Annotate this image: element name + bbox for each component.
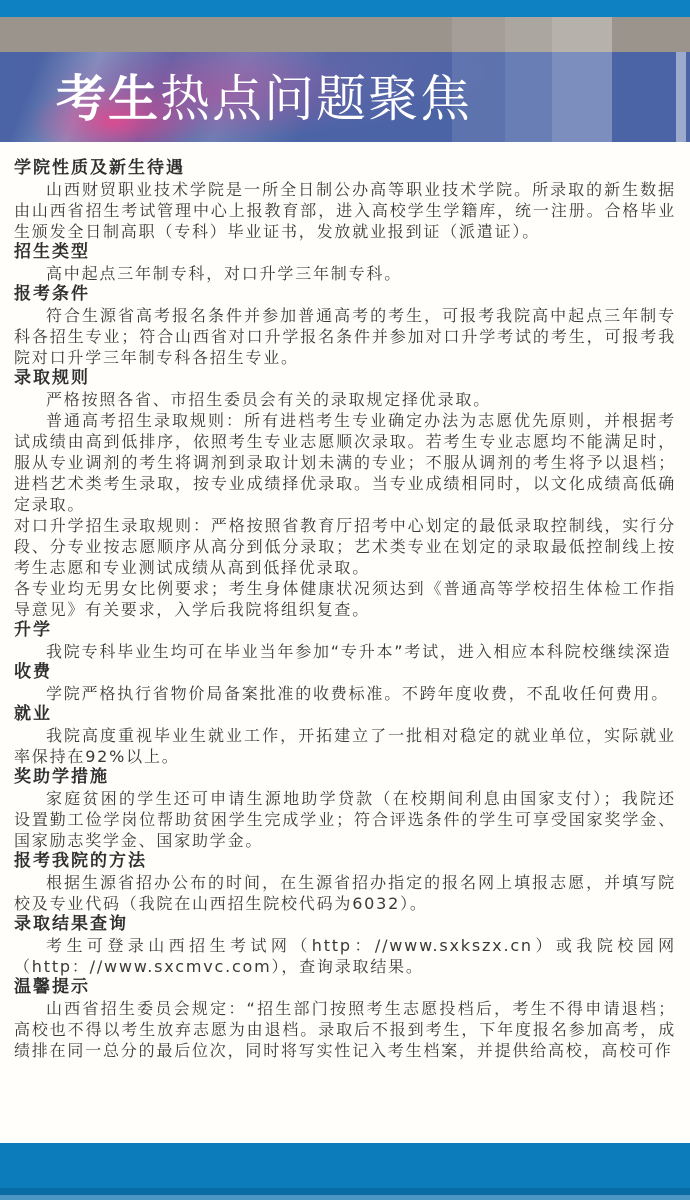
- section-friendly-reminder: 温馨提示 山西省招生委员会规定：“招生部门按照考生志愿投档后，考生不得申请退档；…: [14, 977, 676, 1061]
- section-paragraph: 普通高考招生录取规则：所有进档考生专业确定办法为志愿优先原则，并根据考试成绩由高…: [14, 410, 676, 515]
- section-heading: 报考我院的方法: [14, 851, 676, 872]
- section-heading: 招生类型: [14, 242, 676, 263]
- section-paragraph: 各专业均无男女比例要求；考生身体健康状况须达到《普通高等学校招生体检工作指导意见…: [14, 578, 676, 620]
- section-admission-result-query: 录取结果查询 考生可登录山西招生考试网（http：//www.sxkszx.cn…: [14, 914, 676, 977]
- section-heading: 报考条件: [14, 284, 676, 305]
- section-paragraph: 考生可登录山西招生考试网（http：//www.sxkszx.cn）或我院校园网…: [14, 935, 676, 977]
- section-heading: 录取结果查询: [14, 914, 676, 935]
- content-area: 学院性质及新生待遇 山西财贸职业技术学院是一所全日制公办高等职业技术学院。所录取…: [0, 142, 690, 1061]
- gray-band: [0, 17, 690, 52]
- section-tuition-fees: 收费 学院严格执行省物价局备案批准的收费标准。不跨年度收费，不乱收任何费用。: [14, 662, 676, 704]
- section-application-requirements: 报考条件 符合生源省高考报名条件并参加普通高考的考生，可报考我院高中起点三年制专…: [14, 284, 676, 368]
- section-paragraph: 严格按照各省、市招生委员会有关的录取规定择优录取。: [14, 389, 676, 410]
- section-paragraph: 根据生源省招办公布的时间，在生源省招办指定的报名网上填报志愿，并填写院校及专业代…: [14, 872, 676, 914]
- section-paragraph: 山西省招生委员会规定：“招生部门按照考生志愿投档后，考生不得申请退档；高校也不得…: [14, 998, 676, 1061]
- footer-main-strip: [0, 1143, 690, 1188]
- section-further-education: 升学 我院专科毕业生均可在毕业当年参加“专升本”考试，进入相应本科院校继续深造: [14, 620, 676, 662]
- section-paragraph: 家庭贫困的学生还可申请生源地助学贷款（在校期间利息由国家支付）；我院还设置勤工俭…: [14, 788, 676, 851]
- section-paragraph: 高中起点三年制专科，对口升学三年制专科。: [14, 263, 676, 284]
- section-heading: 就业: [14, 704, 676, 725]
- section-heading: 奖助学措施: [14, 767, 676, 788]
- section-how-to-apply: 报考我院的方法 根据生源省招办公布的时间，在生源省招办指定的报名网上填报志愿，并…: [14, 851, 676, 914]
- section-heading: 学院性质及新生待遇: [14, 158, 676, 179]
- section-paragraph: 我院高度重视毕业生就业工作，开拓建立了一批相对稳定的就业单位，实际就业率保持在9…: [14, 725, 676, 767]
- banner-title-emphasis: 考生: [56, 70, 160, 128]
- section-admission-rules: 录取规则 严格按照各省、市招生委员会有关的录取规定择优录取。 普通高考招生录取规…: [14, 368, 676, 620]
- section-school-nature-and-freshman-treatment: 学院性质及新生待遇 山西财贸职业技术学院是一所全日制公办高等职业技术学院。所录取…: [14, 158, 676, 242]
- section-employment: 就业 我院高度重视毕业生就业工作，开拓建立了一批相对稳定的就业单位，实际就业率保…: [14, 704, 676, 767]
- section-paragraph: 山西财贸职业技术学院是一所全日制公办高等职业技术学院。所录取的新生数据由山西省招…: [14, 179, 676, 242]
- poster-page: 考生热点问题聚焦 学院性质及新生待遇 山西财贸职业技术学院是一所全日制公办高等职…: [0, 0, 690, 1200]
- section-heading: 录取规则: [14, 368, 676, 389]
- section-heading: 温馨提示: [14, 977, 676, 998]
- section-paragraph: 学院严格执行省物价局备案批准的收费标准。不跨年度收费，不乱收任何费用。: [14, 683, 676, 704]
- section-enrollment-types: 招生类型 高中起点三年制专科，对口升学三年制专科。: [14, 242, 676, 284]
- top-blue-bar: [0, 0, 690, 17]
- section-paragraph: 对口升学招生录取规则：严格按照省教育厅招考中心划定的最低录取控制线，实行分段、分…: [14, 515, 676, 578]
- section-heading: 收费: [14, 662, 676, 683]
- footer-band: [0, 1143, 690, 1200]
- footer-light-strip: [0, 1195, 690, 1200]
- header-banner: 考生热点问题聚焦: [0, 52, 690, 142]
- banner-title-rest: 热点问题聚焦: [160, 70, 472, 128]
- section-heading: 升学: [14, 620, 676, 641]
- section-financial-aid: 奖助学措施 家庭贫困的学生还可申请生源地助学贷款（在校期间利息由国家支付）；我院…: [14, 767, 676, 851]
- section-paragraph: 我院专科毕业生均可在毕业当年参加“专升本”考试，进入相应本科院校继续深造: [14, 641, 676, 662]
- banner-title: 考生热点问题聚焦: [56, 52, 472, 142]
- footer-dark-strip: [0, 1188, 690, 1195]
- section-paragraph: 符合生源省高考报名条件并参加普通高考的考生，可报考我院高中起点三年制专科各招生专…: [14, 305, 676, 368]
